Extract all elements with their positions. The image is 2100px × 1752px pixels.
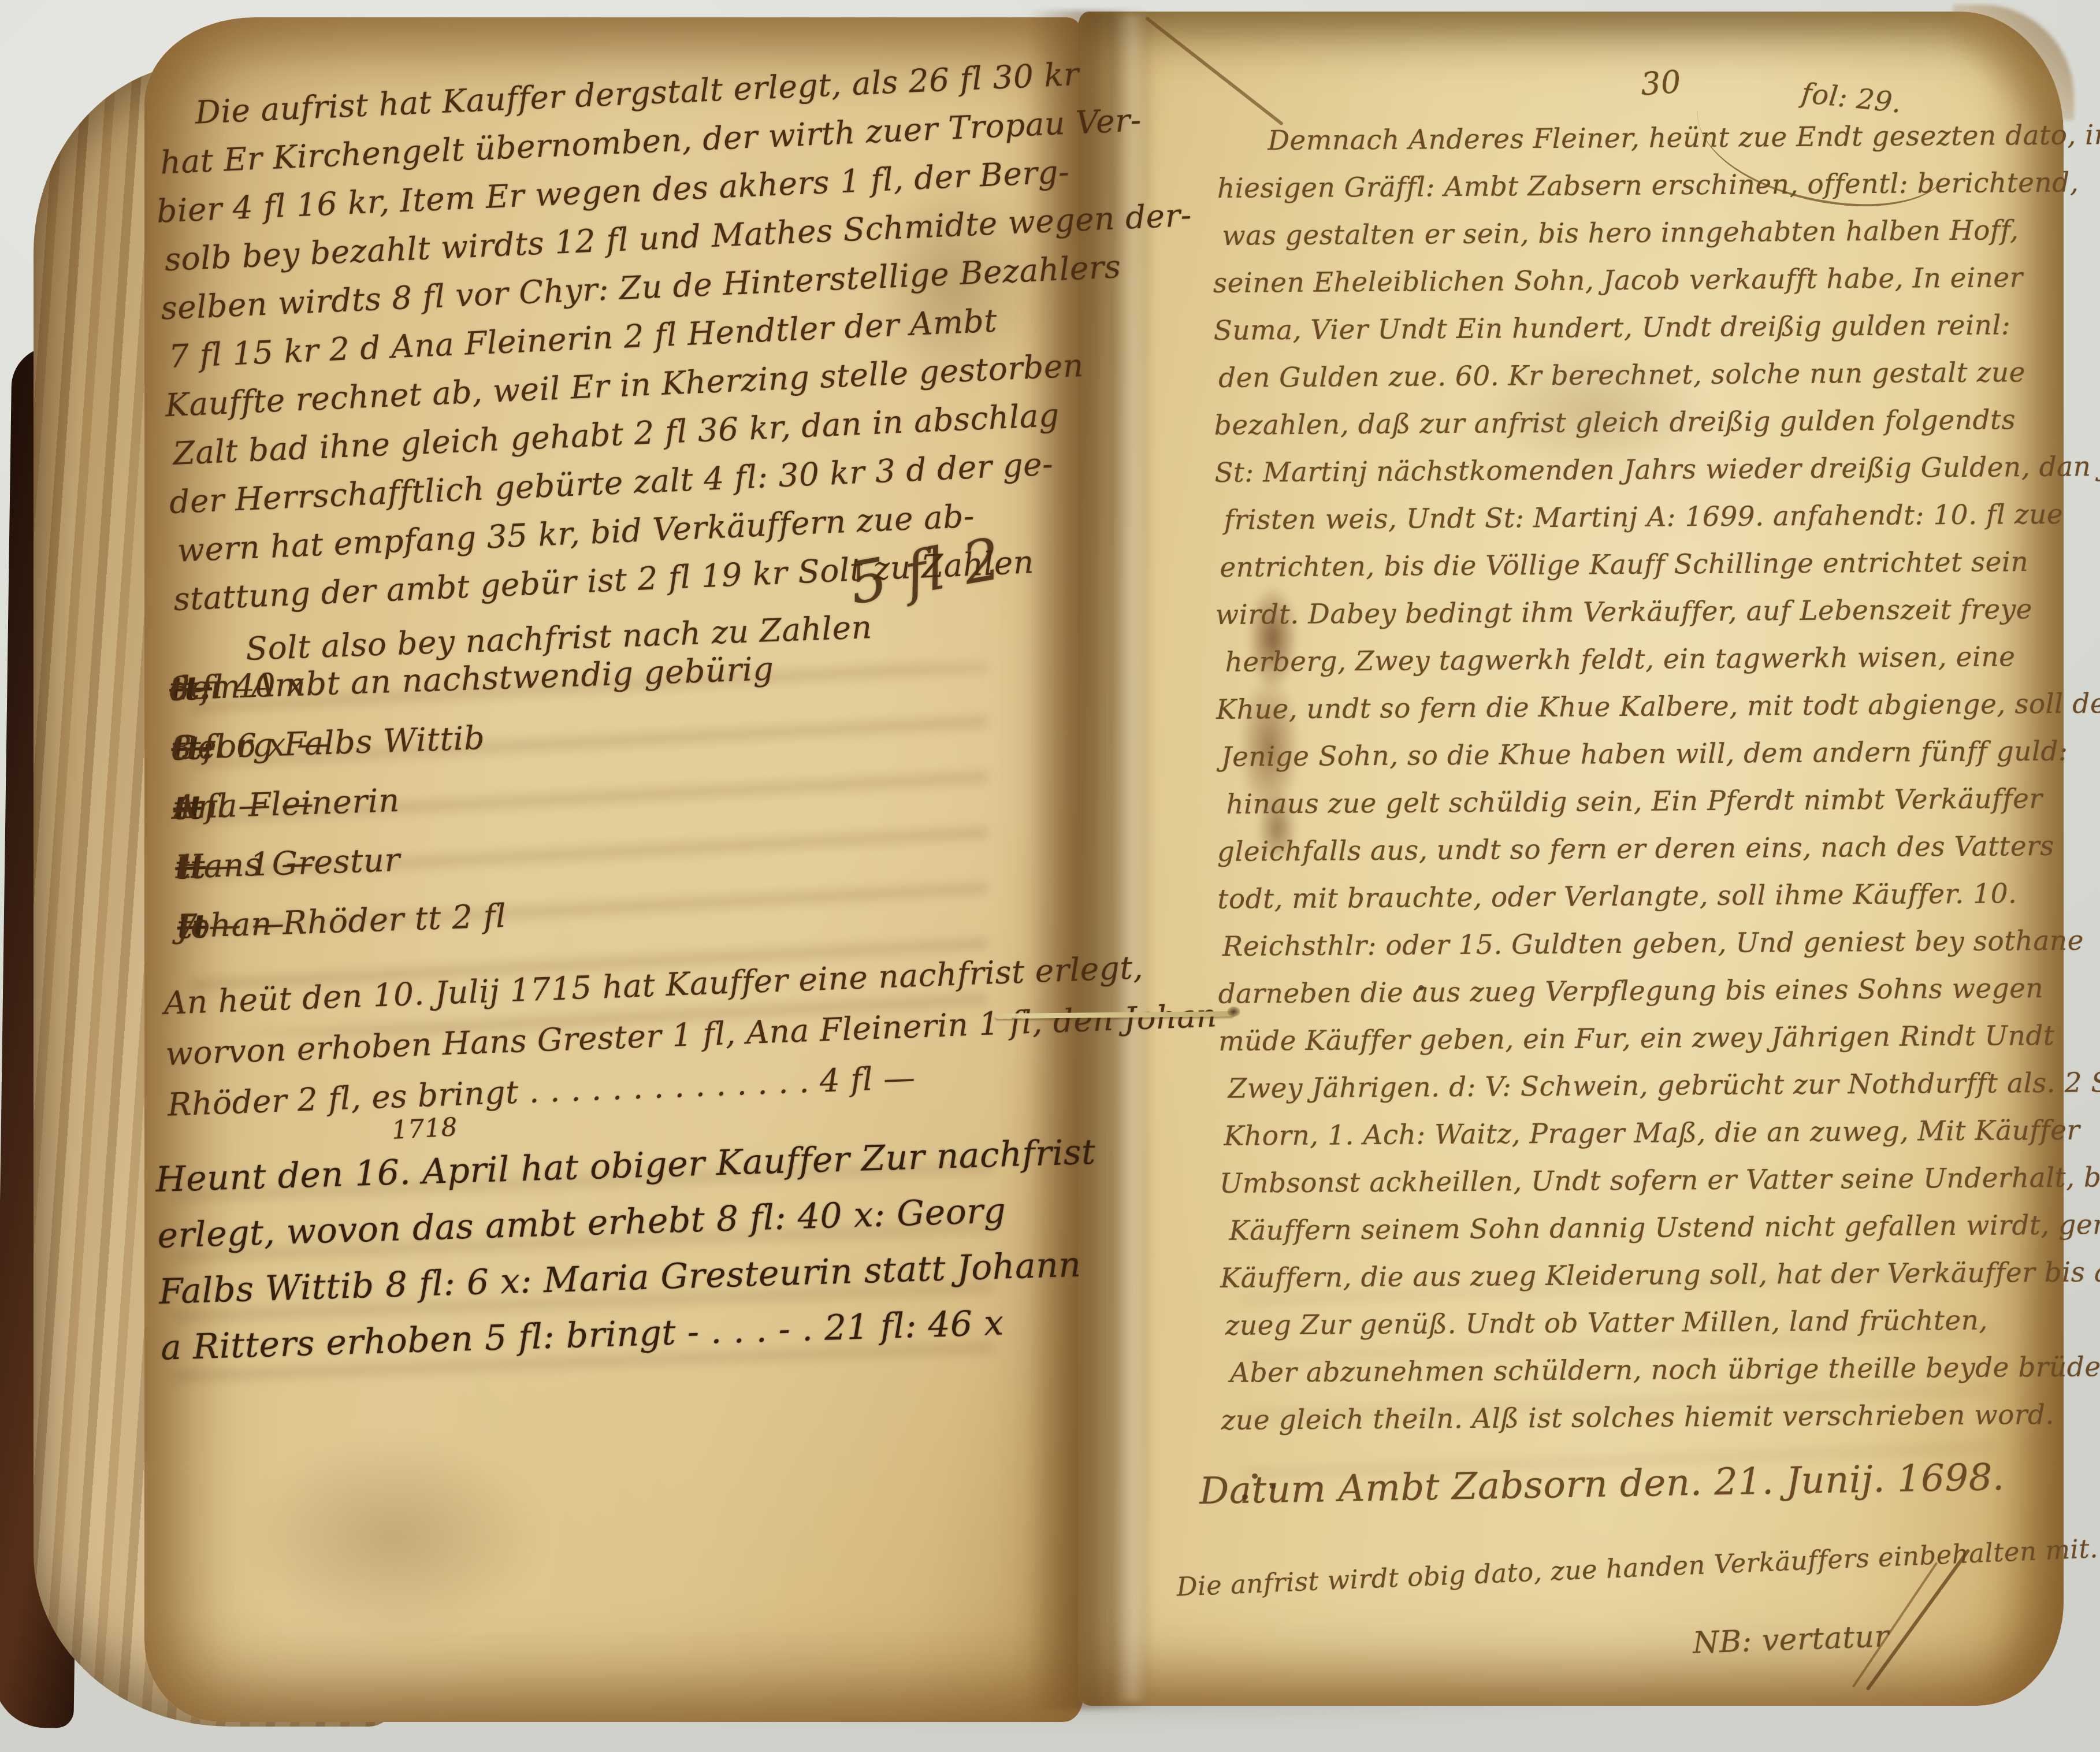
manuscript-line: Käuffern, die aus zueg Kleiderung soll, … [1220,1249,2058,1302]
manuscript-line: entrichten, bis die Völlige Kauff Schill… [1220,539,2053,592]
manuscript-photo: Die aufrist hat Kauffer dergstalt erlegt… [0,0,2100,1752]
manuscript-line: Jenige Sohn, so die Khue haben will, dem… [1221,728,2054,781]
left-page-ledger: tt:8 fl 40 xdem Ambt an nachstwendig geb… [169,642,1033,968]
addendum-1715: An heüt den 10. Julij 1715 hat Kauffer e… [163,945,1061,1130]
manuscript-line: wirdt. Dabey bedingt ihm Verkäuffer, auf… [1216,586,2054,639]
ink-speck [1252,1473,1258,1479]
manuscript-line: müde Käuffer geben, ein Fur, ein zwey Jä… [1218,1012,2057,1066]
manuscript-line: herberg, Zwey tagwerkh feldt, ein tagwer… [1225,633,2054,686]
ink-speck [1242,1494,1248,1499]
page-number: 30 [1640,64,1682,103]
manuscript-line: Reichsthlr: oder 15. Guldten geben, Und … [1222,918,2056,971]
manuscript-line: Khorn, 1. Ach: Waitz, Prager Maß, die an… [1224,1107,2057,1160]
manuscript-line: Khue, undt so fern die Khue Kalbere, mit… [1216,681,2054,734]
manuscript-line: St: Martinj nächstkomenden Jahrs wieder … [1214,444,2053,497]
manuscript-line: den Gulden zue. 60. Kr berechnet, solche… [1218,349,2052,402]
manuscript-line: hiesigen Gräffl: Ambt Zabsern erschinen,… [1217,159,2051,213]
addendum-1718: Heunt den 16. April hat obiger Kauffer Z… [155,1125,1074,1376]
manuscript-line: darneben die aus zueg Verpflegung bis ei… [1218,965,2056,1018]
manuscript-line: Demnach Anderes Fleiner, heünt zue Endt … [1268,112,2050,165]
manuscript-line: zueg Zur genüß. Undt ob Vatter Millen, l… [1225,1297,2058,1350]
thread-hole [1226,1005,1243,1019]
manuscript-line: Zwey Jährigen. d: V: Schwein, gebrücht z… [1228,1060,2057,1113]
notary-mark: NB: vertatur [1692,1619,1890,1661]
ink-speck [1270,1484,1276,1489]
ink-speck [1418,985,1424,990]
ledger-name: Ana Fleinerin [173,782,400,827]
manuscript-line: gleichfalls aus, undt so fern er deren e… [1217,823,2056,876]
water-stain [185,1398,601,1676]
manuscript-line: was gestalten er sein, bis hero inngehab… [1222,207,2051,260]
manuscript-line: hinaus zue gelt schüldig sein, Ein Pferd… [1226,775,2055,829]
manuscript-line: Aber abzunehmen schüldern, noch übrige t… [1230,1344,2059,1397]
ledger-name: Hans Grestur [174,841,401,886]
manuscript-line: zue gleich theiln. Alß ist solches hiemi… [1221,1391,2059,1445]
manuscript-line: fristen weis, Undt St: Martinj A: 1699. … [1224,491,2053,544]
manuscript-line: seinen Eheleiblichen Sohn, Jacob verkauf… [1213,254,2051,307]
manuscript-line: Käuffern seinem Sohn dannig Ustend nicht… [1229,1202,2058,1255]
manuscript-line: Umbsonst ackheillen, Undt sofern er Vatt… [1220,1155,2058,1208]
year-note-1718: 1718 [391,1112,458,1145]
manuscript-line: todt, mit brauchte, oder Verlangte, soll… [1217,870,2056,923]
right-page-body: Demnach Anderes Fleiner, heünt zue Endt … [1212,112,2059,1445]
manuscript-line: Suma, Vier Undt Ein hundert, Undt dreißi… [1213,302,2051,355]
manuscript-line: bezahlen, daß zur anfrist gleich dreißig… [1214,396,2052,450]
